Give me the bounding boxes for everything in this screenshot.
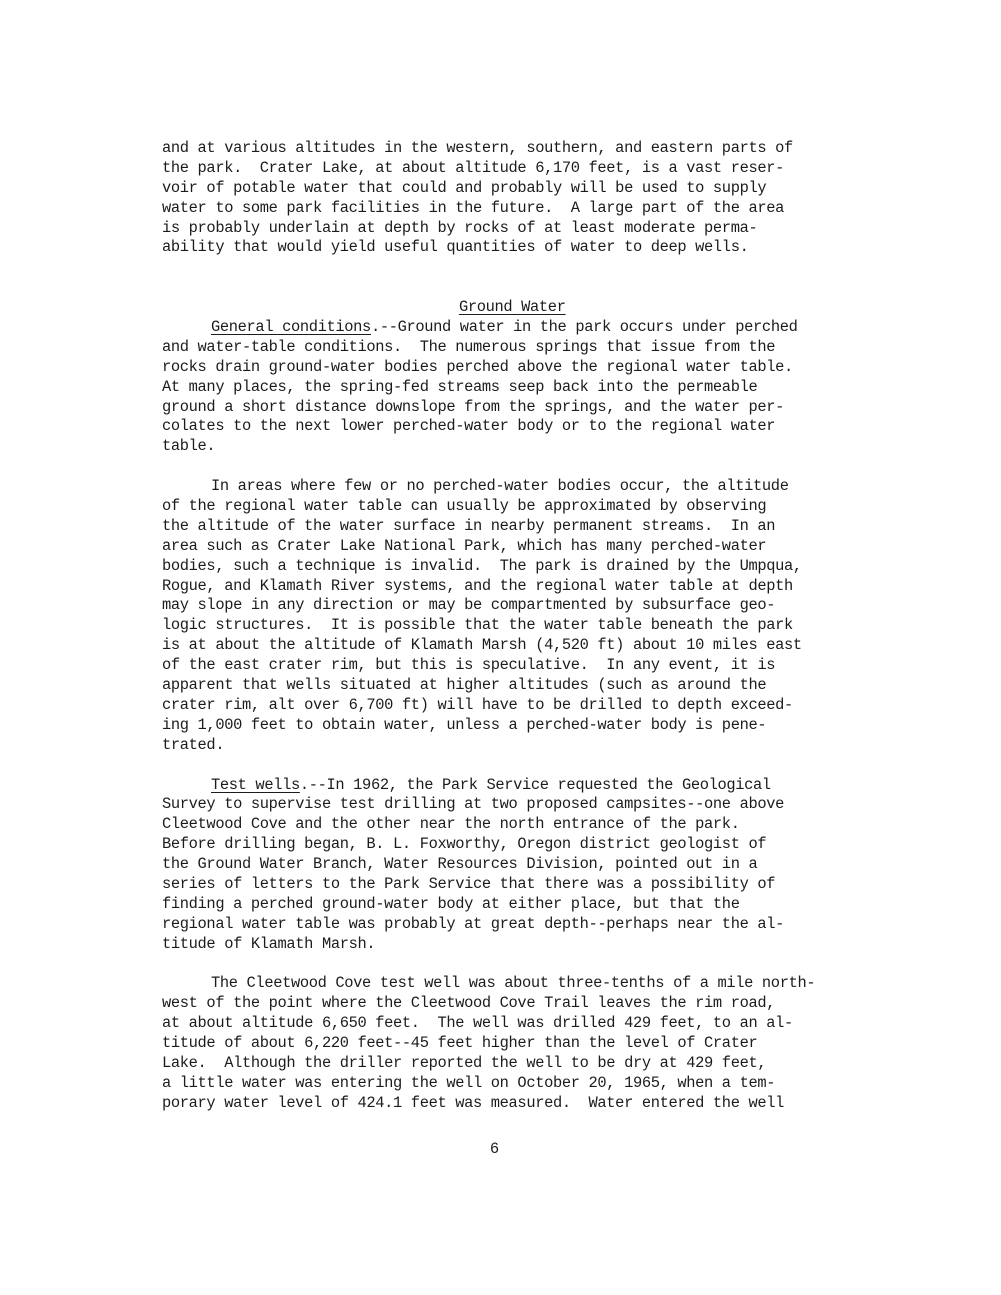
perched-water-paragraph: In areas where few or no perched-water b… — [162, 477, 892, 755]
text-line: of the east crater rim, but this is spec… — [162, 656, 892, 676]
intro-paragraph: and at various altitudes in the western,… — [162, 139, 892, 258]
text-line: General conditions.--Ground water in the… — [162, 318, 892, 338]
text-line: logic structures. It is possible that th… — [162, 616, 892, 636]
general-conditions-paragraph: General conditions.--Ground water in the… — [162, 318, 892, 457]
text-line: at about altitude 6,650 feet. The well w… — [162, 1014, 892, 1034]
text-line: area such as Crater Lake National Park, … — [162, 537, 892, 557]
text-line: water to some park facilities in the fut… — [162, 199, 892, 219]
document-page: and at various altitudes in the western,… — [162, 139, 892, 1114]
text-line: the Ground Water Branch, Water Resources… — [162, 855, 892, 875]
text-line: series of letters to the Park Service th… — [162, 875, 892, 895]
text-line: At many places, the spring-fed streams s… — [162, 378, 892, 398]
text-line: trated. — [162, 736, 892, 756]
test-wells-paragraph: Test wells.--In 1962, the Park Service r… — [162, 776, 892, 955]
text-line: Before drilling began, B. L. Foxworthy, … — [162, 835, 892, 855]
text-line: and water-table conditions. The numerous… — [162, 338, 892, 358]
text-line: titude of about 6,220 feet--45 feet high… — [162, 1034, 892, 1054]
cleetwood-paragraph: The Cleetwood Cove test well was about t… — [162, 974, 892, 1113]
text-line: colates to the next lower perched-water … — [162, 417, 892, 437]
spacer — [162, 457, 892, 477]
text-line: bodies, such a technique is invalid. The… — [162, 557, 892, 577]
text-run: The Cleetwood Cove test well was about t… — [211, 974, 815, 992]
text-line: ing 1,000 feet to obtain water, unless a… — [162, 716, 892, 736]
text-run: .--In 1962, the Park Service requested t… — [300, 776, 771, 794]
text-line: In areas where few or no perched-water b… — [162, 477, 892, 497]
text-line: the altitude of the water surface in nea… — [162, 517, 892, 537]
text-line: voir of potable water that could and pro… — [162, 179, 892, 199]
text-line: The Cleetwood Cove test well was about t… — [162, 974, 892, 994]
run-in-heading: Test wells — [211, 776, 300, 794]
text-line: titude of Klamath Marsh. — [162, 935, 892, 955]
text-run: .--Ground water in the park occurs under… — [371, 318, 798, 336]
text-line: ground a short distance downslope from t… — [162, 398, 892, 418]
text-line: finding a perched ground-water body at e… — [162, 895, 892, 915]
text-line: Rogue, and Klamath River systems, and th… — [162, 577, 892, 597]
run-in-heading: General conditions — [211, 318, 371, 336]
text-run: In areas where few or no perched-water b… — [211, 477, 789, 495]
text-line: of the regional water table can usually … — [162, 497, 892, 517]
section-heading-text: Ground Water — [459, 298, 566, 316]
text-line: Test wells.--In 1962, the Park Service r… — [162, 776, 892, 796]
text-line: Survey to supervise test drilling at two… — [162, 795, 892, 815]
text-line: is at about the altitude of Klamath Mars… — [162, 636, 892, 656]
spacer — [162, 258, 892, 278]
text-line: Cleetwood Cove and the other near the no… — [162, 815, 892, 835]
text-line: may slope in any direction or may be com… — [162, 596, 892, 616]
text-line: and at various altitudes in the western,… — [162, 139, 892, 159]
page-number: 6 — [162, 1140, 827, 1160]
text-line: rocks drain ground-water bodies perched … — [162, 358, 892, 378]
text-line: table. — [162, 437, 892, 457]
spacer — [162, 955, 892, 975]
text-line: regional water table was probably at gre… — [162, 915, 892, 935]
spacer — [162, 756, 892, 776]
text-line: is probably underlain at depth by rocks … — [162, 219, 892, 239]
section-heading: Ground Water — [162, 278, 827, 298]
text-line: ability that would yield useful quantiti… — [162, 238, 892, 258]
text-line: apparent that wells situated at higher a… — [162, 676, 892, 696]
text-line: Lake. Although the driller reported the … — [162, 1054, 892, 1074]
text-line: a little water was entering the well on … — [162, 1074, 892, 1094]
text-line: porary water level of 424.1 feet was mea… — [162, 1094, 892, 1114]
text-line: crater rim, alt over 6,700 ft) will have… — [162, 696, 892, 716]
text-line: the park. Crater Lake, at about altitude… — [162, 159, 892, 179]
text-line: west of the point where the Cleetwood Co… — [162, 994, 892, 1014]
